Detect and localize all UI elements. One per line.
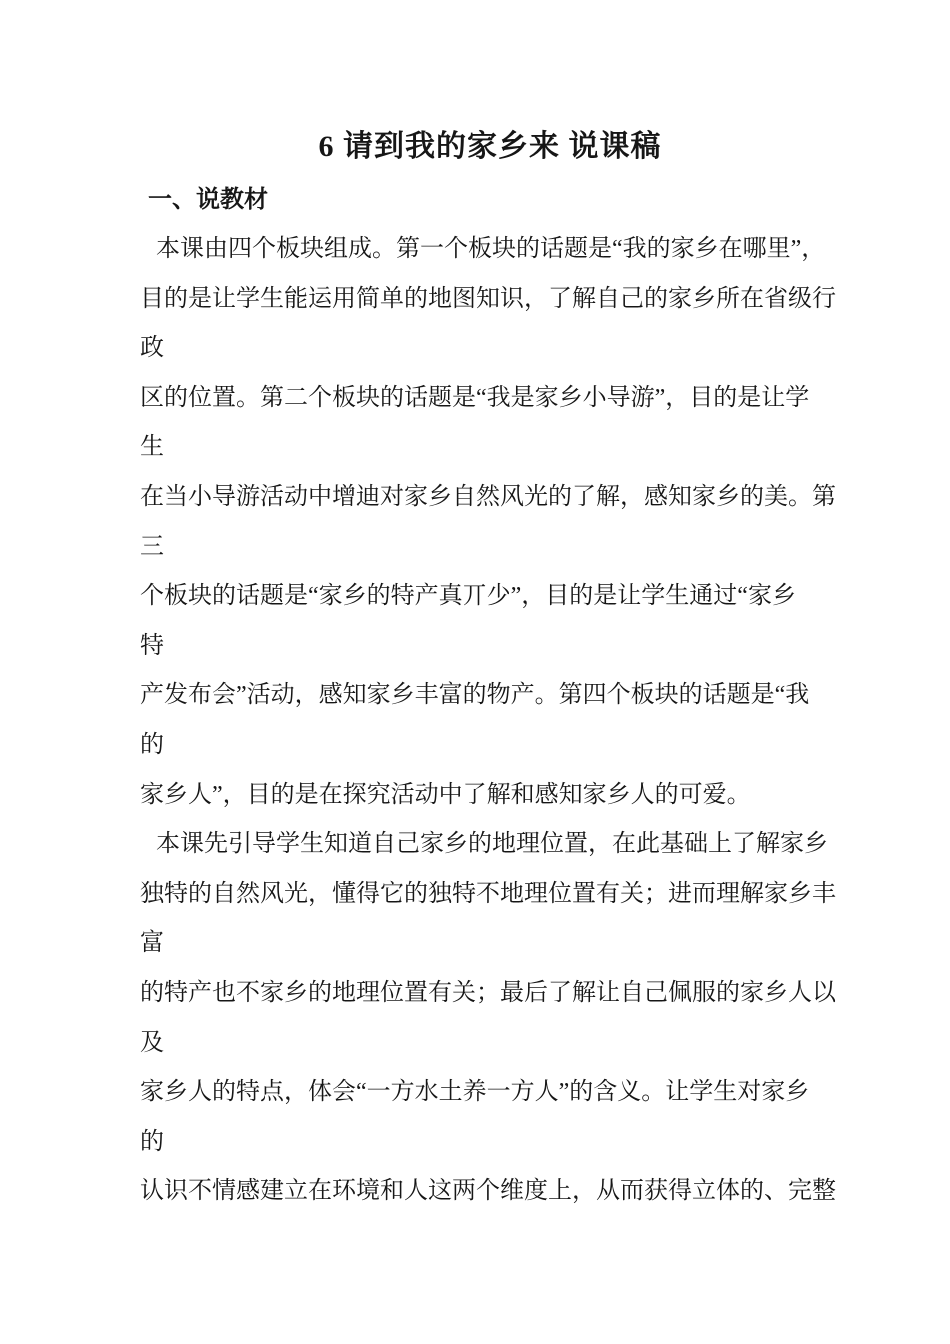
text-line: 家乡人”，目的是在探究活动中了解和感知家乡人的可爱。 [140, 771, 840, 821]
text-line: 的 [140, 1118, 840, 1168]
document-body: 本课由四个板块组成。第一个板块的话题是“我的家乡在哪里”， 目的是让学生能运用简… [140, 225, 840, 1217]
text-line: 的 [140, 721, 840, 771]
document-page: 6 请到我的家乡来 说课稿 一、说教材 本课由四个板块组成。第一个板块的话题是“… [0, 0, 950, 1344]
text-line: 认识不情感建立在环境和人这两个维度上，从而获得立体的、完整 [140, 1167, 840, 1217]
text-line: 三 [140, 523, 840, 573]
text-line: 政 [140, 324, 840, 374]
section-heading: 一、说教材 [148, 186, 268, 214]
text-line: 个板块的话题是“家乡的特产真丌少”，目的是让学生通过“家乡 [140, 572, 840, 622]
text-line: 本课先引导学生知道自己家乡的地理位置，在此基础上了解家乡 [140, 820, 840, 870]
text-line: 区的位置。第二个板块的话题是“我是家乡小导游”，目的是让学 [140, 374, 840, 424]
text-line: 独特的自然风光，懂得它的独特不地理位置有关；进而理解家乡丰 [140, 870, 840, 920]
text-line: 在当小导游活动中增迪对家乡自然风光的了解，感知家乡的美。第 [140, 473, 840, 523]
document-title: 6 请到我的家乡来 说课稿 [140, 128, 840, 166]
text-line: 本课由四个板块组成。第一个板块的话题是“我的家乡在哪里”， [140, 225, 840, 275]
text-line: 特 [140, 622, 840, 672]
text-line: 的特产也不家乡的地理位置有关；最后了解让自己佩服的家乡人以 [140, 969, 840, 1019]
text-line: 生 [140, 423, 840, 473]
text-line: 家乡人的特点，体会“一方水土养一方人”的含义。让学生对家乡 [140, 1068, 840, 1118]
text-line: 目的是让学生能运用简单的地图知识，了解自己的家乡所在省级行 [140, 275, 840, 325]
text-line: 及 [140, 1019, 840, 1069]
text-line: 产发布会”活动，感知家乡丰富的物产。第四个板块的话题是“我 [140, 671, 840, 721]
text-line: 富 [140, 919, 840, 969]
